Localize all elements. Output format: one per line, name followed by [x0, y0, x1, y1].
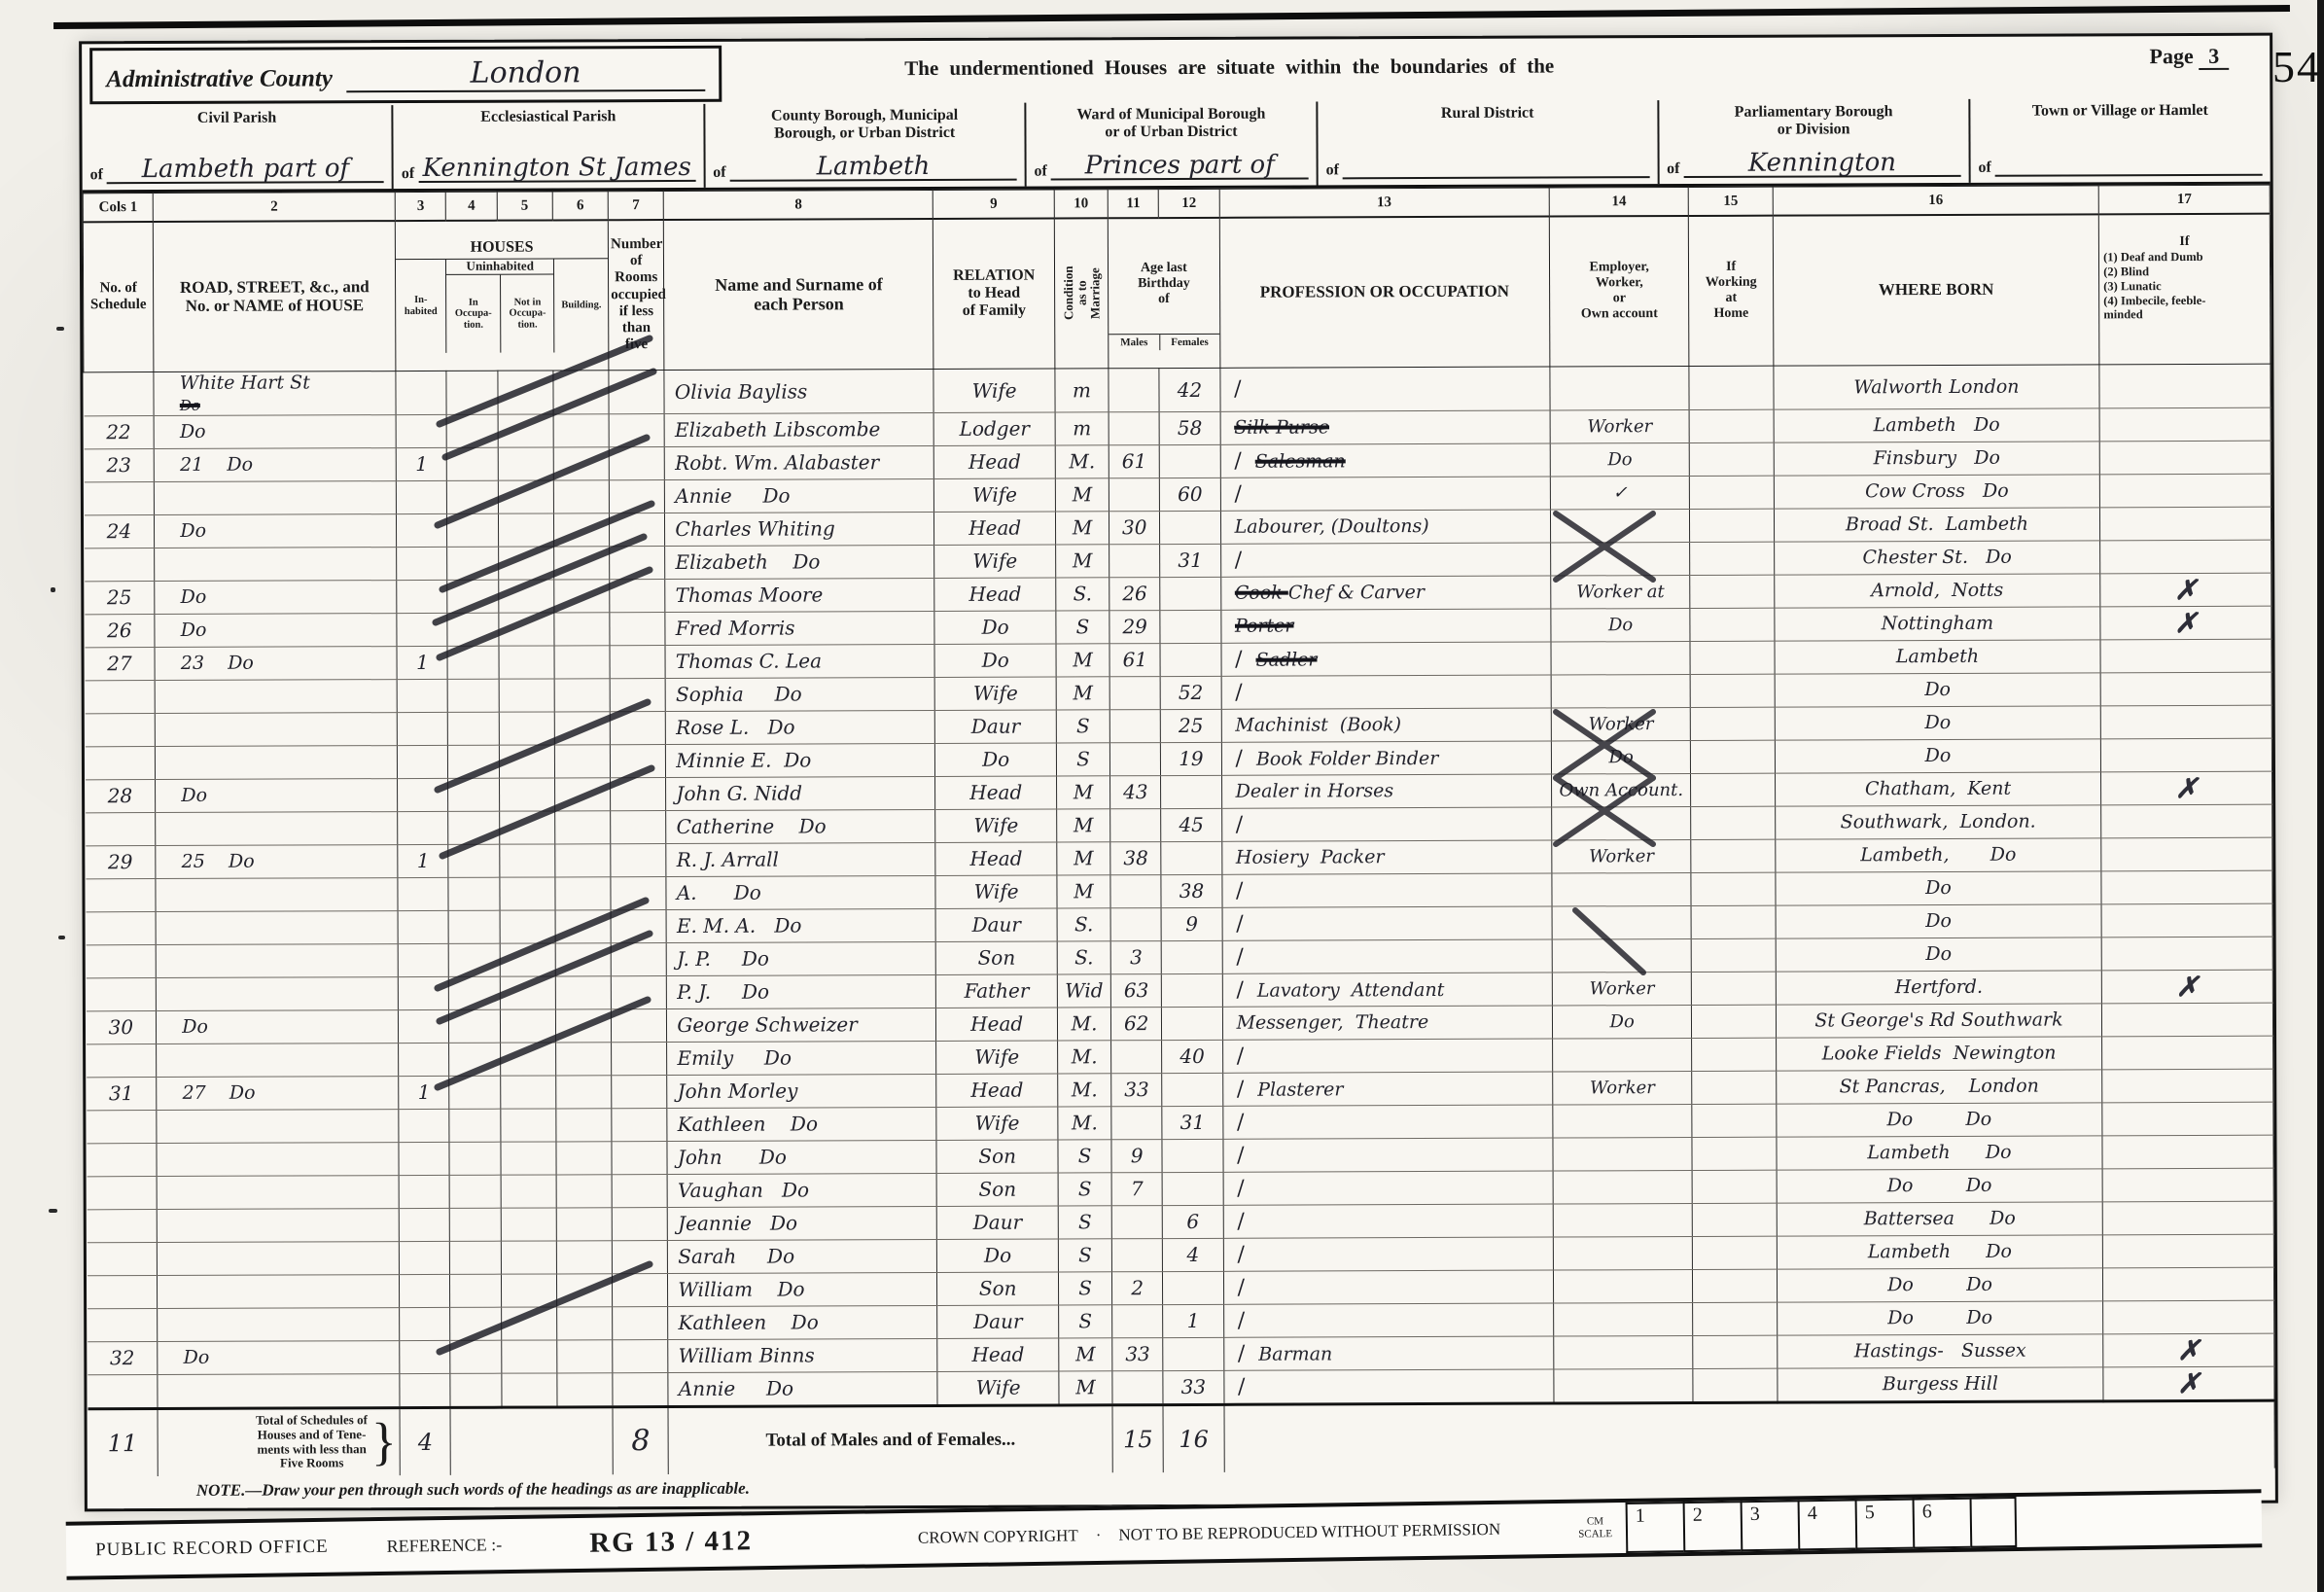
cell-uninhabited-occupied	[448, 844, 499, 877]
cell-uninhabited-not-occupied	[501, 1207, 556, 1240]
cell-profession: ∕Lavatory Attendant	[1222, 973, 1552, 1007]
cell-condition: M	[1056, 676, 1109, 709]
cell-uninhabited-occupied	[447, 547, 498, 580]
cell-where-born: Do	[1775, 705, 2100, 739]
cell-age-male	[1109, 544, 1160, 577]
folio-number: 54	[2272, 41, 2321, 92]
col-building-header: Building.	[553, 259, 608, 353]
cell-road	[155, 547, 397, 581]
cell-uninhabited-occupied	[447, 646, 498, 679]
cell-inhabited	[400, 1340, 450, 1373]
cell-inhabited	[398, 712, 448, 745]
cell-employer	[1550, 366, 1690, 410]
cell-employer: Do	[1551, 740, 1691, 774]
cell-road	[155, 679, 397, 713]
cell-schedule	[85, 680, 155, 713]
cell-uninhabited-not-occupied	[500, 1108, 555, 1141]
cell-name: Thomas Moore	[665, 578, 934, 612]
cell-inhabited	[400, 1241, 450, 1274]
cell-working-home	[1690, 476, 1774, 509]
cell-building	[553, 446, 609, 479]
cell-condition: M.	[1057, 1007, 1110, 1040]
cell-age-male: 62	[1111, 1007, 1162, 1040]
cell-rooms	[610, 513, 665, 546]
cell-working-home	[1692, 1104, 1776, 1137]
cell-schedule	[88, 1374, 158, 1408]
cell-name: George Schweizer	[667, 1008, 936, 1042]
cell-uninhabited-occupied	[449, 1076, 500, 1109]
form-header: Administrative County London The underme…	[82, 36, 2271, 194]
cell-employer: Worker	[1551, 707, 1691, 741]
cell-uninhabited-occupied	[449, 1043, 500, 1076]
cell-building	[555, 843, 611, 876]
cell-profession: ∕Salesman	[1220, 443, 1550, 478]
cell-uninhabited-occupied	[449, 1109, 500, 1142]
cell-building	[555, 810, 611, 843]
cell-building	[556, 1108, 612, 1141]
cell-where-born: Southwark, London.	[1775, 804, 2100, 838]
cell-uninhabited-occupied	[450, 1208, 501, 1241]
cell-rooms	[612, 1141, 667, 1174]
cell-age-male	[1112, 1370, 1163, 1404]
cell-infirmity	[2102, 1003, 2273, 1037]
cell-working-home	[1692, 1137, 1776, 1170]
cell-rooms	[610, 711, 665, 744]
total-schedules-label: Total of Schedules of Houses and of Tene…	[158, 1407, 400, 1475]
cell-name: A. Do	[666, 875, 935, 909]
cell-building	[553, 370, 609, 413]
cell-building	[556, 1273, 612, 1306]
cell-inhabited	[397, 613, 447, 646]
list-item: 10	[1054, 190, 1108, 219]
list-item: 15	[1689, 187, 1773, 216]
list-item: 3	[1741, 1500, 1799, 1551]
cell-profession: ∕	[1223, 1237, 1553, 1271]
cell-rooms	[610, 645, 665, 678]
list-item: Cols 1	[83, 194, 153, 223]
cell-age-female: 31	[1160, 544, 1220, 577]
cell-working-home	[1693, 1302, 1777, 1335]
cell-rooms	[612, 1008, 667, 1042]
cell-road: Do	[158, 1340, 400, 1374]
cell-profession: ∕Barman	[1223, 1336, 1553, 1370]
cell-road	[158, 1241, 400, 1275]
cell-profession: ∕	[1223, 1369, 1553, 1404]
cell-infirmity	[2102, 1168, 2273, 1202]
cell-age-male	[1110, 808, 1161, 841]
cell-name: E. M. A. Do	[666, 908, 935, 942]
cell-where-born: Lambeth Do	[1774, 407, 2099, 442]
cell-relation: Head	[935, 775, 1057, 808]
cell-schedule: 29	[86, 845, 156, 878]
list-item: 9	[933, 190, 1055, 219]
cell-relation: Wife	[936, 1106, 1058, 1139]
cell-condition: M	[1057, 874, 1110, 907]
cell-schedule: 26	[85, 614, 155, 647]
cell-building	[555, 909, 611, 942]
cell-name: Fred Morris	[665, 611, 934, 645]
cell-building	[557, 1339, 613, 1372]
cell-inhabited	[398, 745, 448, 778]
cell-schedule	[84, 481, 154, 514]
cell-employer	[1551, 641, 1691, 675]
scan-speck	[58, 936, 65, 939]
cell-where-born: Walworth London	[1774, 364, 2099, 408]
cell-where-born: Do Do	[1777, 1300, 2102, 1334]
cell-where-born: Lambeth	[1775, 639, 2100, 673]
cell-building	[555, 942, 611, 975]
cell-condition: M	[1057, 808, 1110, 841]
cell-building	[556, 1141, 612, 1174]
cell-building	[554, 645, 610, 678]
cell-name: Emily Do	[667, 1041, 936, 1075]
cell-age-male: 30	[1109, 511, 1160, 544]
list-item: 4	[1798, 1499, 1856, 1550]
cell-road	[158, 1307, 400, 1341]
cell-employer	[1553, 1137, 1693, 1171]
cell-age-male: 33	[1111, 1073, 1162, 1106]
cell-uninhabited-occupied	[449, 976, 500, 1009]
cell-schedule	[87, 1242, 157, 1275]
cell-where-born: Nottingham	[1775, 606, 2100, 640]
cell-building	[556, 1174, 612, 1207]
list-item: 12	[1159, 189, 1219, 218]
cell-where-born: Do Do	[1777, 1168, 2102, 1202]
cell-age-male	[1109, 676, 1160, 709]
cell-schedule	[85, 548, 155, 581]
cell-schedule	[87, 1044, 157, 1077]
list-item: 3	[395, 192, 445, 221]
cell-age-female: 60	[1160, 478, 1220, 511]
cell-condition: S	[1058, 1271, 1111, 1304]
cell-schedule	[86, 911, 156, 944]
cell-uninhabited-not-occupied	[499, 711, 554, 744]
cell-working-home	[1691, 707, 1775, 740]
cell-rooms	[609, 446, 664, 479]
cell-infirmity: ✗	[2101, 970, 2272, 1004]
cell-condition: S	[1056, 610, 1109, 643]
col-uninhabited-header: Uninhabited In Occupa- tion. Not in Occu…	[445, 259, 554, 353]
cell-inhabited	[399, 1175, 449, 1208]
cell-working-home	[1691, 773, 1775, 806]
cell-age-male	[1111, 1238, 1162, 1271]
cell-condition: S.	[1057, 907, 1110, 940]
cell-age-female: 6	[1163, 1205, 1223, 1238]
cell-age-male: 29	[1109, 610, 1160, 643]
cell-infirmity	[2102, 1036, 2273, 1070]
cell-building	[555, 1008, 611, 1042]
cell-age-female: 31	[1162, 1106, 1222, 1139]
cell-working-home	[1693, 1203, 1777, 1236]
cell-employer	[1553, 1104, 1693, 1138]
cell-inhabited	[398, 778, 448, 811]
cell-age-male	[1109, 368, 1159, 411]
cell-uninhabited-not-occupied	[498, 413, 553, 446]
cell-relation: Son	[937, 1271, 1059, 1304]
cell-employer	[1554, 1368, 1694, 1403]
cell-employer	[1552, 905, 1692, 939]
cell-where-born: Battersea Do	[1777, 1201, 2102, 1235]
cell-profession: ∕	[1223, 1171, 1553, 1205]
cell-age-female: 9	[1161, 907, 1221, 940]
cell-uninhabited-not-occupied	[498, 370, 553, 413]
cell-relation: Head	[935, 841, 1057, 874]
cell-profession: ∕	[1223, 1303, 1553, 1337]
cell-schedule	[86, 977, 156, 1010]
cell-rooms	[610, 579, 665, 612]
cell-inhabited	[400, 1307, 450, 1340]
cell-uninhabited-not-occupied	[499, 843, 554, 876]
cell-name: J. P. Do	[666, 941, 935, 975]
cell-age-female	[1160, 643, 1220, 676]
cell-age-male	[1110, 874, 1161, 907]
cell-relation: Son	[936, 1139, 1058, 1172]
cell-uninhabited-not-occupied	[498, 446, 553, 479]
cell-condition: M	[1055, 478, 1109, 511]
cell-employer: Worker	[1552, 839, 1692, 873]
table-head: Cols 1234567891011121314151617 No. of Sc…	[83, 185, 2271, 371]
cell-employer: Worker	[1553, 1071, 1693, 1105]
cell-where-born: Do Do	[1777, 1267, 2102, 1301]
cell-condition: m	[1055, 368, 1109, 411]
cell-inhabited	[399, 1208, 449, 1241]
cell-condition: Wid	[1057, 973, 1110, 1007]
cell-road	[158, 1373, 400, 1408]
cell-infirmity	[2101, 937, 2272, 971]
list-item: 2	[1683, 1501, 1742, 1552]
brace-glyph: }	[371, 1418, 397, 1466]
list-item: 6	[552, 192, 608, 221]
cell-age-female: 25	[1161, 709, 1221, 742]
cell-age-male: 63	[1110, 973, 1161, 1007]
cell-employer	[1553, 1269, 1693, 1303]
col-employer-header: Employer, Worker, or Own account	[1549, 216, 1689, 367]
cell-relation: Wife	[937, 1370, 1059, 1404]
cell-age-female	[1161, 775, 1221, 808]
cell-age-male: 33	[1112, 1337, 1163, 1370]
cell-road	[157, 1208, 399, 1242]
scan-right-edge	[2317, 0, 2324, 1592]
scan-speck	[49, 1209, 57, 1213]
cell-condition: S.	[1057, 940, 1110, 973]
total-schedules-value: 11	[88, 1408, 158, 1476]
cell-employer	[1554, 1302, 1694, 1336]
header-field: Civil ParishofLambeth part of	[82, 105, 392, 190]
cell-road: Do	[154, 414, 396, 448]
cell-relation: Daur	[937, 1205, 1059, 1238]
column-labels-row: No. of Schedule ROAD, STREET, &c., and N…	[83, 214, 2271, 372]
cell-building	[555, 975, 611, 1008]
cell-where-born: Arnold, Notts	[1775, 573, 2100, 607]
cell-infirmity	[2102, 1135, 2273, 1169]
cell-name: Elizabeth Libscombe	[664, 412, 933, 446]
cell-schedule: 25	[85, 581, 155, 614]
col-name-header: Name and Surname of each Person	[664, 219, 934, 370]
cell-schedule	[86, 812, 156, 845]
cell-relation: Wife	[934, 544, 1056, 577]
cell-rooms	[610, 678, 665, 711]
cell-working-home	[1692, 938, 1776, 972]
scan-speck	[56, 327, 64, 331]
cell-employer	[1551, 542, 1691, 576]
cell-road: 25 Do	[156, 844, 398, 878]
cell-uninhabited-occupied	[450, 1274, 501, 1307]
header-field: Ecclesiastical ParishofKennington St Jam…	[392, 104, 704, 189]
cell-building	[554, 579, 610, 612]
cell-uninhabited-not-occupied	[502, 1372, 557, 1406]
cell-building	[554, 777, 610, 810]
cell-uninhabited-not-occupied	[499, 744, 554, 777]
cell-working-home	[1693, 1170, 1777, 1203]
cell-age-female: 42	[1159, 368, 1219, 411]
total-females-value: 16	[1163, 1404, 1224, 1472]
cell-building	[556, 1075, 612, 1108]
cell-road	[158, 1274, 400, 1308]
cell-inhabited	[397, 679, 447, 712]
header-field: Ward of Municipal Borough or of Urban Di…	[1024, 101, 1316, 186]
cell-uninhabited-not-occupied	[501, 1174, 556, 1207]
cell-schedule	[88, 1308, 158, 1341]
col-working-home-header: If Working at Home	[1689, 216, 1774, 366]
cell-profession: Cook Chef & Carver	[1220, 576, 1550, 610]
cell-road	[156, 712, 398, 746]
cell-rooms	[611, 843, 666, 876]
cell-uninhabited-occupied	[450, 1340, 501, 1373]
cell-employer: Worker	[1550, 409, 1690, 443]
cell-road	[156, 877, 398, 911]
cell-uninhabited-occupied	[449, 1142, 500, 1175]
col-infirmity-header: If (1) Deaf and Dumb (2) Blind (3) Lunat…	[2098, 214, 2270, 365]
cell-relation: Wife	[935, 808, 1057, 841]
census-form: Administrative County London The underme…	[79, 33, 2278, 1511]
cell-profession: ∕	[1223, 1138, 1553, 1172]
cell-name: Kathleen Do	[667, 1107, 936, 1141]
cell-employer: ✓	[1550, 476, 1690, 510]
cell-age-male	[1110, 742, 1161, 775]
cell-employer: Worker at	[1551, 575, 1691, 609]
cell-uninhabited-occupied	[450, 1175, 501, 1208]
list-item: 7	[608, 192, 663, 221]
cell-profession: ∕Book Folder Binder	[1221, 741, 1551, 775]
cell-relation: Wife	[935, 874, 1057, 907]
cell-name: Minnie E. Do	[666, 743, 935, 777]
col-age-header: Age last Birthday of Males Females	[1108, 218, 1219, 368]
cell-working-home	[1690, 442, 1774, 476]
cell-inhabited	[397, 580, 447, 613]
col-houses-header: HOUSES In- habited Uninhabited In Occupa…	[396, 220, 609, 371]
col-road-header: ROAD, STREET, &c., and No. or NAME of HO…	[154, 221, 397, 371]
cell-age-female	[1160, 444, 1220, 478]
cell-uninhabited-occupied	[450, 1241, 501, 1274]
cell-inhabited	[398, 877, 448, 910]
cell-relation: Father	[936, 973, 1058, 1007]
cell-relation: Head	[934, 577, 1056, 610]
cell-schedule	[87, 1143, 157, 1176]
cell-where-born: Do	[1776, 903, 2101, 938]
cell-employer	[1550, 509, 1690, 543]
cell-age-male: 61	[1109, 643, 1160, 676]
cell-building	[555, 1042, 611, 1075]
cell-working-home	[1693, 1269, 1777, 1302]
cell-uninhabited-not-occupied	[500, 1008, 555, 1042]
cell-uninhabited-not-occupied	[499, 678, 554, 711]
cell-age-male: 38	[1110, 841, 1161, 874]
administrative-county-box: Administrative County London	[89, 46, 722, 104]
cell-working-home	[1690, 542, 1774, 575]
cell-age-male: 3	[1110, 940, 1161, 973]
scanned-page-background: 54 Administrative County London The unde…	[0, 0, 2324, 1592]
cell-schedule	[86, 944, 156, 977]
cell-infirmity: ✗	[2101, 771, 2272, 805]
cell-inhabited	[399, 1043, 449, 1076]
col-schedule-header: No. of Schedule	[83, 222, 154, 371]
cell-age-male: 2	[1112, 1271, 1163, 1304]
cell-relation: Head	[936, 1007, 1058, 1040]
cell-age-male	[1112, 1304, 1163, 1337]
cell-age-male	[1109, 411, 1159, 444]
cell-working-home	[1691, 674, 1775, 707]
cell-uninhabited-not-occupied	[500, 1075, 555, 1108]
cell-infirmity	[2099, 407, 2271, 442]
cell-uninhabited-not-occupied	[498, 579, 553, 612]
cell-uninhabited-occupied	[448, 712, 499, 745]
cell-uninhabited-not-occupied	[499, 810, 554, 843]
cell-infirmity	[2101, 870, 2272, 904]
cell-road: 21 Do	[154, 447, 396, 481]
cell-relation: Wife	[935, 676, 1057, 709]
cell-working-home	[1691, 740, 1775, 773]
cell-condition: S	[1058, 1238, 1111, 1271]
cell-relation: Wife	[934, 478, 1056, 511]
list-item: 14	[1549, 187, 1689, 216]
cell-road: Do	[156, 778, 398, 812]
scan-top-rule	[53, 5, 2290, 29]
cell-uninhabited-not-occupied	[500, 975, 555, 1008]
cell-uninhabited-occupied	[447, 480, 498, 513]
cell-infirmity	[2101, 738, 2272, 772]
cell-infirmity	[2099, 441, 2271, 475]
cell-relation: Head	[934, 511, 1056, 544]
cell-name: William Binns	[668, 1338, 937, 1372]
houses-title: HOUSES	[396, 237, 608, 259]
cell-condition: S	[1058, 1139, 1111, 1172]
cell-condition: S.	[1056, 577, 1109, 610]
cell-employer	[1553, 1170, 1693, 1204]
cell-age-male: 7	[1111, 1172, 1162, 1205]
cell-where-born: Hertford.	[1776, 970, 2101, 1004]
cell-road: White Hart StDo	[154, 371, 396, 415]
cell-inhabited	[400, 1373, 450, 1407]
cell-infirmity: ✗	[2100, 573, 2271, 607]
cell-name: Sarah Do	[668, 1239, 937, 1273]
list-item: 1	[1626, 1502, 1684, 1553]
cell-uninhabited-not-occupied	[499, 612, 554, 645]
cell-age-female	[1161, 841, 1221, 874]
cell-relation: Do	[935, 742, 1057, 775]
cell-where-born: Hastings- Sussex	[1778, 1333, 2103, 1367]
cell-rooms	[612, 1240, 667, 1273]
cell-working-home	[1690, 641, 1774, 674]
col-age-males-header: Males	[1109, 335, 1159, 351]
cell-uninhabited-occupied	[447, 513, 498, 547]
cell-rooms	[609, 413, 664, 446]
cell-relation: Daur	[935, 709, 1057, 742]
cell-age-male	[1109, 709, 1160, 742]
cell-name: Catherine Do	[666, 809, 935, 843]
cell-rooms	[613, 1306, 668, 1339]
cell-profession: ∕	[1223, 1270, 1553, 1304]
footer-permission: NOT TO BE REPRODUCED WITHOUT PERMISSION	[1118, 1520, 1500, 1545]
